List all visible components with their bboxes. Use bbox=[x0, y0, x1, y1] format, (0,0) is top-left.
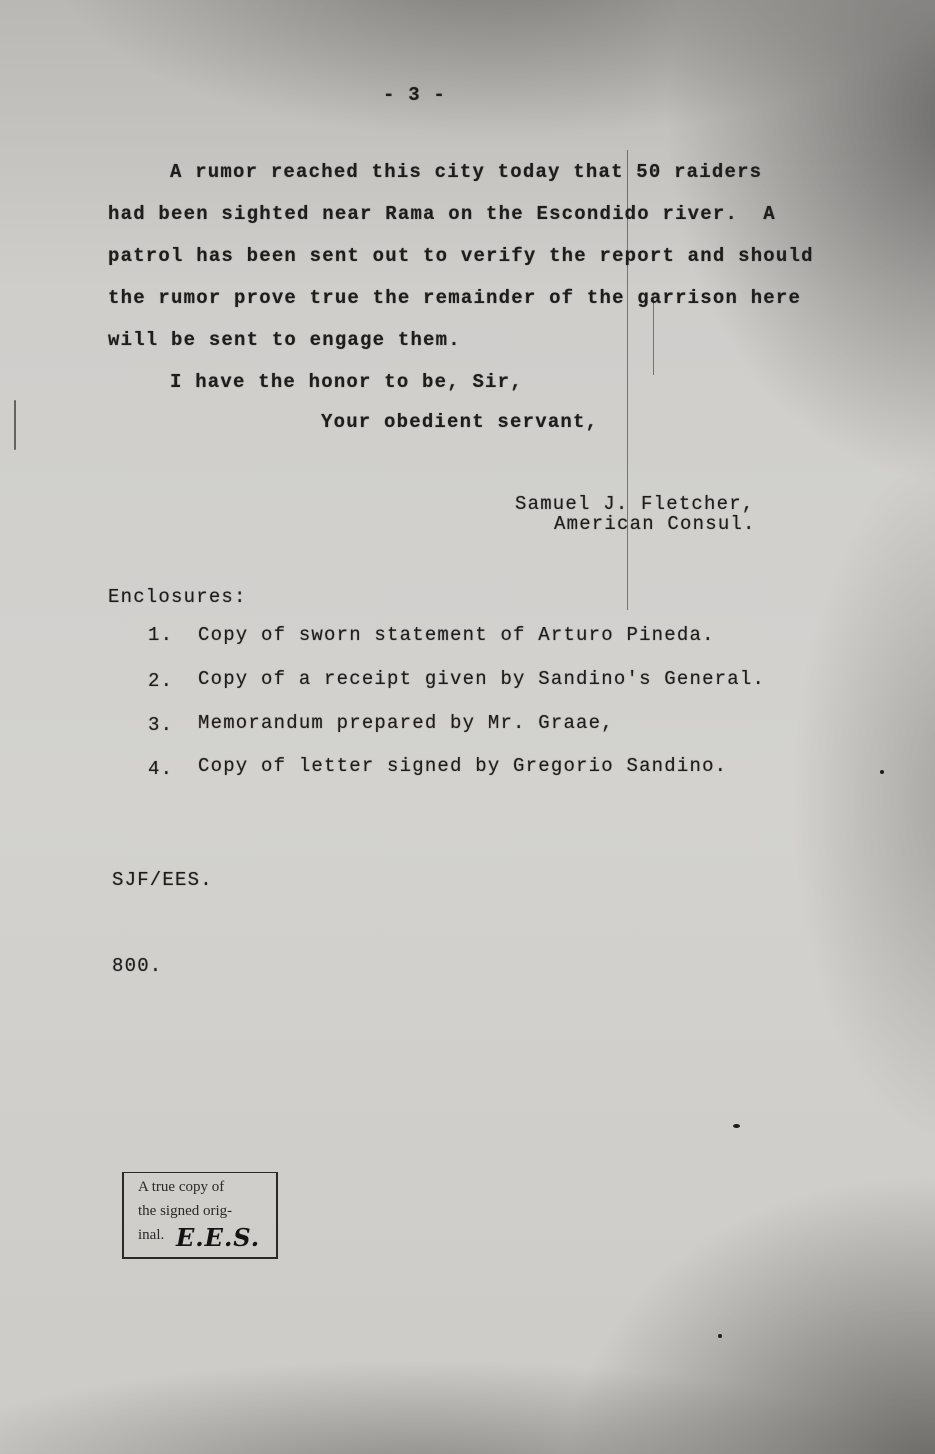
body-line-5: will be sent to engage them. bbox=[108, 331, 461, 350]
stamp-line-3: inal. bbox=[138, 1227, 164, 1244]
enclosure-item: Copy of sworn statement of Arturo Pineda… bbox=[198, 626, 715, 645]
body-line-1: A rumor reached this city today that 50 … bbox=[170, 163, 762, 182]
enclosure-number: 3. bbox=[148, 716, 173, 735]
stamp-line-2: the signed orig- bbox=[138, 1203, 232, 1220]
body-line-2: had been sighted near Rama on the Escond… bbox=[108, 205, 776, 224]
document-page: - 3 - A rumor reached this city today th… bbox=[0, 0, 935, 1454]
file-number: 800. bbox=[112, 957, 162, 976]
ink-speck bbox=[733, 1124, 740, 1128]
enclosure-item: Copy of letter signed by Gregorio Sandin… bbox=[198, 757, 727, 776]
body-line-3: patrol has been sent out to verify the r… bbox=[108, 247, 814, 266]
closing-line-2: Your obedient servant, bbox=[321, 413, 598, 432]
enclosure-number: 2. bbox=[148, 672, 173, 691]
enclosure-item: Memorandum prepared by Mr. Graae, bbox=[198, 714, 614, 733]
crease-line-short bbox=[653, 300, 654, 375]
page-number: - 3 - bbox=[383, 86, 446, 105]
enclosure-number: 4. bbox=[148, 760, 173, 779]
margin-mark bbox=[14, 400, 16, 450]
enclosures-heading: Enclosures: bbox=[108, 588, 247, 607]
enclosure-item: Copy of a receipt given by Sandino's Gen… bbox=[198, 670, 765, 689]
signature-name: Samuel J. Fletcher, bbox=[515, 495, 754, 514]
ink-speck bbox=[880, 770, 884, 774]
body-line-4: the rumor prove true the remainder of th… bbox=[108, 289, 801, 308]
signature-title: American Consul. bbox=[554, 515, 756, 534]
closing-line-1: I have the honor to be, Sir, bbox=[170, 373, 523, 392]
reference-initials: SJF/EES. bbox=[112, 871, 213, 890]
enclosure-number: 1. bbox=[148, 626, 173, 645]
stamp-initials: E.E.S. bbox=[176, 1223, 260, 1252]
true-copy-stamp: A true copy of the signed orig- inal. E.… bbox=[122, 1172, 278, 1259]
stamp-line-1: A true copy of bbox=[138, 1179, 224, 1196]
ink-speck bbox=[718, 1334, 722, 1338]
